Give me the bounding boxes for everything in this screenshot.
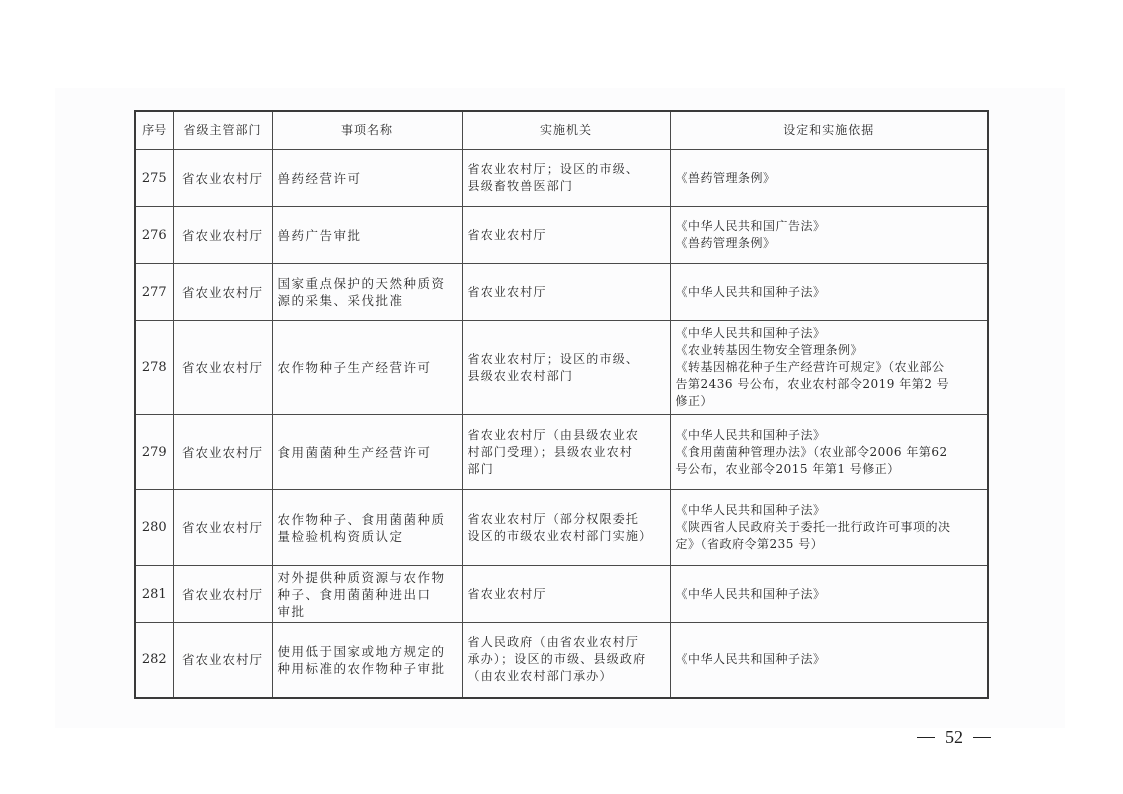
- cell-item-name: 农作物种子生产经营许可: [272, 321, 462, 415]
- cell-dept: 省农业农村厅: [173, 207, 272, 264]
- header-legal-basis: 设定和实施依据: [670, 111, 988, 150]
- cell-item-name-line: 兽药广告审批: [278, 227, 457, 244]
- cell-legal-basis-line: 号公布，农业部令2015 年第1 号修正）: [676, 461, 983, 478]
- cell-item-name: 兽药广告审批: [272, 207, 462, 264]
- header-serial-no: 序号: [135, 111, 173, 150]
- cell-item-name: 农作物种子、食用菌菌种质量检验机构资质认定: [272, 490, 462, 566]
- cell-legal-basis-line: 《中华人民共和国种子法》: [676, 586, 983, 603]
- cell-item-name-line: 源的采集、采伐批准: [278, 292, 457, 309]
- cell-implementing-org-line: 省农业农村厅: [468, 586, 665, 603]
- cell-legal-basis-line: 《兽药管理条例》: [676, 235, 983, 252]
- cell-serial-no: 276: [135, 207, 173, 264]
- cell-legal-basis-line: 《中华人民共和国种子法》: [676, 325, 983, 342]
- cell-item-name-line: 农作物种子生产经营许可: [278, 359, 457, 376]
- header-dept: 省级主管部门: [173, 111, 272, 150]
- cell-legal-basis: 《中华人民共和国种子法》: [670, 264, 988, 321]
- cell-legal-basis-line: 《农业转基因生物安全管理条例》: [676, 342, 983, 359]
- cell-implementing-org: 省农业农村厅；设区的市级、县级农业农村部门: [462, 321, 670, 415]
- cell-implementing-org-line: 省农业农村厅: [468, 227, 665, 244]
- cell-item-name-line: 量检验机构资质认定: [278, 528, 457, 545]
- page-number: 52: [917, 727, 991, 748]
- cell-implementing-org-line: 县级农业农村部门: [468, 368, 665, 385]
- cell-legal-basis-line: 《转基因棉花种子生产经营许可规定》（农业部公: [676, 359, 983, 376]
- cell-dept: 省农业农村厅: [173, 623, 272, 698]
- cell-legal-basis: 《中华人民共和国种子法》《陕西省人民政府关于委托一批行政许可事项的决定》（省政府…: [670, 490, 988, 566]
- cell-implementing-org: 省农业农村厅（部分权限委托设区的市级农业农村部门实施）: [462, 490, 670, 566]
- cell-implementing-org-line: 省农业农村厅（由县级农业农: [468, 427, 665, 444]
- cell-legal-basis-line: 《中华人民共和国种子法》: [676, 284, 983, 301]
- table-row: 275省农业农村厅兽药经营许可省农业农村厅；设区的市级、县级畜牧兽医部门《兽药管…: [135, 150, 988, 207]
- cell-item-name-line: 种用标准的农作物种子审批: [278, 660, 457, 677]
- cell-implementing-org-line: 省农业农村厅: [468, 284, 665, 301]
- cell-item-name-line: 兽药经营许可: [278, 170, 457, 187]
- cell-legal-basis-line: 《中华人民共和国种子法》: [676, 502, 983, 519]
- table-row: 279省农业农村厅食用菌菌种生产经营许可省农业农村厅（由县级农业农村部门受理）；…: [135, 415, 988, 490]
- header-item-name: 事项名称: [272, 111, 462, 150]
- cell-legal-basis-line: 告第2436 号公布，农业农村部令2019 年第2 号: [676, 376, 983, 393]
- cell-implementing-org: 省农业农村厅: [462, 207, 670, 264]
- cell-serial-no: 277: [135, 264, 173, 321]
- cell-implementing-org: 省农业农村厅: [462, 264, 670, 321]
- cell-item-name-line: 对外提供种质资源与农作物: [278, 569, 457, 586]
- cell-dept: 省农业农村厅: [173, 490, 272, 566]
- cell-implementing-org-line: 设区的市级农业农村部门实施）: [468, 528, 665, 545]
- cell-item-name-line: 种子、食用菌菌种进出口: [278, 586, 457, 603]
- cell-implementing-org: 省农业农村厅: [462, 566, 670, 623]
- cell-implementing-org: 省农业农村厅；设区的市级、县级畜牧兽医部门: [462, 150, 670, 207]
- cell-implementing-org-line: 省农业农村厅；设区的市级、: [468, 161, 665, 178]
- cell-item-name: 食用菌菌种生产经营许可: [272, 415, 462, 490]
- cell-item-name-line: 食用菌菌种生产经营许可: [278, 444, 457, 461]
- cell-serial-no: 281: [135, 566, 173, 623]
- dash-left: [917, 737, 935, 738]
- table-row: 276省农业农村厅兽药广告审批省农业农村厅《中华人民共和国广告法》《兽药管理条例…: [135, 207, 988, 264]
- cell-legal-basis-line: 《中华人民共和国种子法》: [676, 427, 983, 444]
- cell-dept: 省农业农村厅: [173, 566, 272, 623]
- page-number-value: 52: [945, 727, 963, 748]
- cell-serial-no: 280: [135, 490, 173, 566]
- cell-dept: 省农业农村厅: [173, 264, 272, 321]
- cell-serial-no: 282: [135, 623, 173, 698]
- cell-implementing-org: 省农业农村厅（由县级农业农村部门受理）；县级农业农村部门: [462, 415, 670, 490]
- cell-legal-basis: 《兽药管理条例》: [670, 150, 988, 207]
- header-implementing-org: 实施机关: [462, 111, 670, 150]
- cell-implementing-org-line: 省农业农村厅（部分权限委托: [468, 511, 665, 528]
- table-row: 282省农业农村厅使用低于国家或地方规定的种用标准的农作物种子审批省人民政府（由…: [135, 623, 988, 698]
- cell-item-name-line: 农作物种子、食用菌菌种质: [278, 511, 457, 528]
- cell-implementing-org-line: 部门: [468, 461, 665, 478]
- cell-implementing-org-line: 承办）；设区的市级、县级政府: [468, 651, 665, 668]
- cell-implementing-org-line: 村部门受理）；县级农业农村: [468, 444, 665, 461]
- cell-implementing-org-line: 县级畜牧兽医部门: [468, 178, 665, 195]
- cell-implementing-org-line: （由农业农村部门承办）: [468, 668, 665, 685]
- cell-item-name-line: 审批: [278, 603, 457, 620]
- cell-legal-basis: 《中华人民共和国种子法》《食用菌菌种管理办法》（农业部令2006 年第62号公布…: [670, 415, 988, 490]
- cell-legal-basis-line: 《中华人民共和国广告法》: [676, 218, 983, 235]
- table-row: 280省农业农村厅农作物种子、食用菌菌种质量检验机构资质认定省农业农村厅（部分权…: [135, 490, 988, 566]
- cell-legal-basis: 《中华人民共和国广告法》《兽药管理条例》: [670, 207, 988, 264]
- cell-legal-basis-line: 《陕西省人民政府关于委托一批行政许可事项的决: [676, 519, 983, 536]
- cell-implementing-org-line: 省农业农村厅；设区的市级、: [468, 351, 665, 368]
- table-row: 277省农业农村厅国家重点保护的天然种质资源的采集、采伐批准省农业农村厅《中华人…: [135, 264, 988, 321]
- cell-serial-no: 279: [135, 415, 173, 490]
- cell-dept: 省农业农村厅: [173, 150, 272, 207]
- cell-legal-basis-line: 修正）: [676, 393, 983, 410]
- cell-legal-basis: 《中华人民共和国种子法》《农业转基因生物安全管理条例》《转基因棉花种子生产经营许…: [670, 321, 988, 415]
- dash-right: [973, 737, 991, 738]
- cell-legal-basis: 《中华人民共和国种子法》: [670, 566, 988, 623]
- cell-legal-basis-line: 《兽药管理条例》: [676, 170, 983, 187]
- cell-legal-basis-line: 《中华人民共和国种子法》: [676, 651, 983, 668]
- administrative-license-table: 序号 省级主管部门 事项名称 实施机关 设定和实施依据 275省农业农村厅兽药经…: [134, 110, 989, 699]
- cell-serial-no: 275: [135, 150, 173, 207]
- cell-implementing-org: 省人民政府（由省农业农村厅承办）；设区的市级、县级政府（由农业农村部门承办）: [462, 623, 670, 698]
- cell-implementing-org-line: 省人民政府（由省农业农村厅: [468, 634, 665, 651]
- table-row: 281省农业农村厅对外提供种质资源与农作物种子、食用菌菌种进出口审批省农业农村厅…: [135, 566, 988, 623]
- cell-item-name-line: 国家重点保护的天然种质资: [278, 275, 457, 292]
- cell-dept: 省农业农村厅: [173, 321, 272, 415]
- table-header-row: 序号 省级主管部门 事项名称 实施机关 设定和实施依据: [135, 111, 988, 150]
- table-row: 278省农业农村厅农作物种子生产经营许可省农业农村厅；设区的市级、县级农业农村部…: [135, 321, 988, 415]
- cell-legal-basis-line: 《食用菌菌种管理办法》（农业部令2006 年第62: [676, 444, 983, 461]
- cell-item-name: 对外提供种质资源与农作物种子、食用菌菌种进出口审批: [272, 566, 462, 623]
- cell-item-name: 使用低于国家或地方规定的种用标准的农作物种子审批: [272, 623, 462, 698]
- cell-dept: 省农业农村厅: [173, 415, 272, 490]
- cell-item-name: 国家重点保护的天然种质资源的采集、采伐批准: [272, 264, 462, 321]
- cell-legal-basis-line: 定》（省政府令第235 号）: [676, 536, 983, 553]
- cell-item-name: 兽药经营许可: [272, 150, 462, 207]
- cell-item-name-line: 使用低于国家或地方规定的: [278, 643, 457, 660]
- cell-legal-basis: 《中华人民共和国种子法》: [670, 623, 988, 698]
- cell-serial-no: 278: [135, 321, 173, 415]
